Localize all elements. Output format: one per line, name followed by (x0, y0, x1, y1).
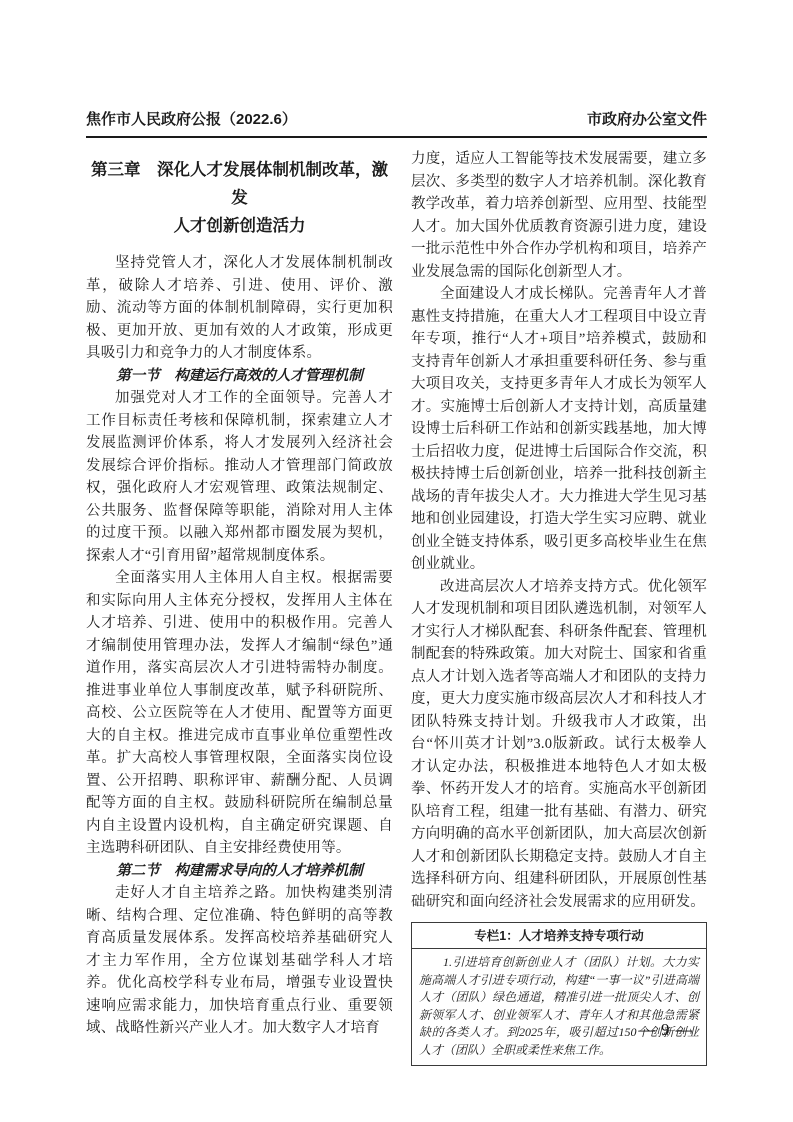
header-gazette-title: 焦作市人民政府公报（2022.6） (86, 108, 297, 129)
paragraph: 全面建设人才成长梯队。完善青年人才普惠性支持措施，在重大人才工程项目中设立青年专… (411, 283, 707, 576)
document-page: 焦作市人民政府公报（2022.6） 市政府办公室文件 第三章 深化人才发展体制机… (0, 0, 793, 1122)
special-column-box-body: 1.引进培育创新创业人才（团队）计划。大力实施高端人才引进专项行动，构建“一事一… (412, 949, 706, 1065)
section-1-heading: 第一节 构建运行高效的人才管理机制 (86, 365, 393, 388)
paragraph: 走好人才自主培养之路。加快构建类别清晰、结构合理、定位准确、特色鲜明的高等教育高… (86, 882, 393, 1040)
page-number: — 9 — (639, 1020, 694, 1040)
left-column: 第三章 深化人才发展体制机制改革，激发 人才创新创造活力 坚持党管人才，深化人才… (86, 148, 393, 1066)
paragraph: 改进高层次人才培养支持方式。优化领军人才发现机制和项目团队遴选机制，对领军人才实… (411, 576, 707, 914)
right-column: 力度，适应人工智能等技术发展需要，建立多层次、多类型的数字人才培养机制。深化教育… (411, 148, 707, 1066)
chapter-title-line1: 第三章 深化人才发展体制机制改革，激发 (86, 156, 393, 212)
paragraph: 加强党对人才工作的全面领导。完善人才工作目标责任考核和保障机制，探索建立人才发展… (86, 387, 393, 567)
special-column-box-title: 专栏1：人才培养支持专项行动 (412, 923, 706, 949)
page-header: 焦作市人民政府公报（2022.6） 市政府办公室文件 (86, 108, 707, 138)
section-2-heading: 第二节 构建需求导向的人才培养机制 (86, 860, 393, 883)
paragraph: 坚持党管人才，深化人才发展体制机制改革，破除人才培养、引进、使用、评价、激励、流… (86, 252, 393, 365)
two-column-layout: 第三章 深化人才发展体制机制改革，激发 人才创新创造活力 坚持党管人才，深化人才… (86, 148, 707, 1066)
special-column-box: 专栏1：人才培养支持专项行动 1.引进培育创新创业人才（团队）计划。大力实施高端… (411, 922, 707, 1066)
paragraph-continuation: 力度，适应人工智能等技术发展需要，建立多层次、多类型的数字人才培养机制。深化教育… (411, 148, 707, 283)
paragraph: 全面落实用人主体用人自主权。根据需要和实际向用人主体充分授权，发挥用人主体在人才… (86, 567, 393, 860)
chapter-title-line2: 人才创新创造活力 (86, 212, 393, 240)
chapter-title: 第三章 深化人才发展体制机制改革，激发 人才创新创造活力 (86, 156, 393, 240)
header-document-category: 市政府办公室文件 (587, 108, 707, 129)
